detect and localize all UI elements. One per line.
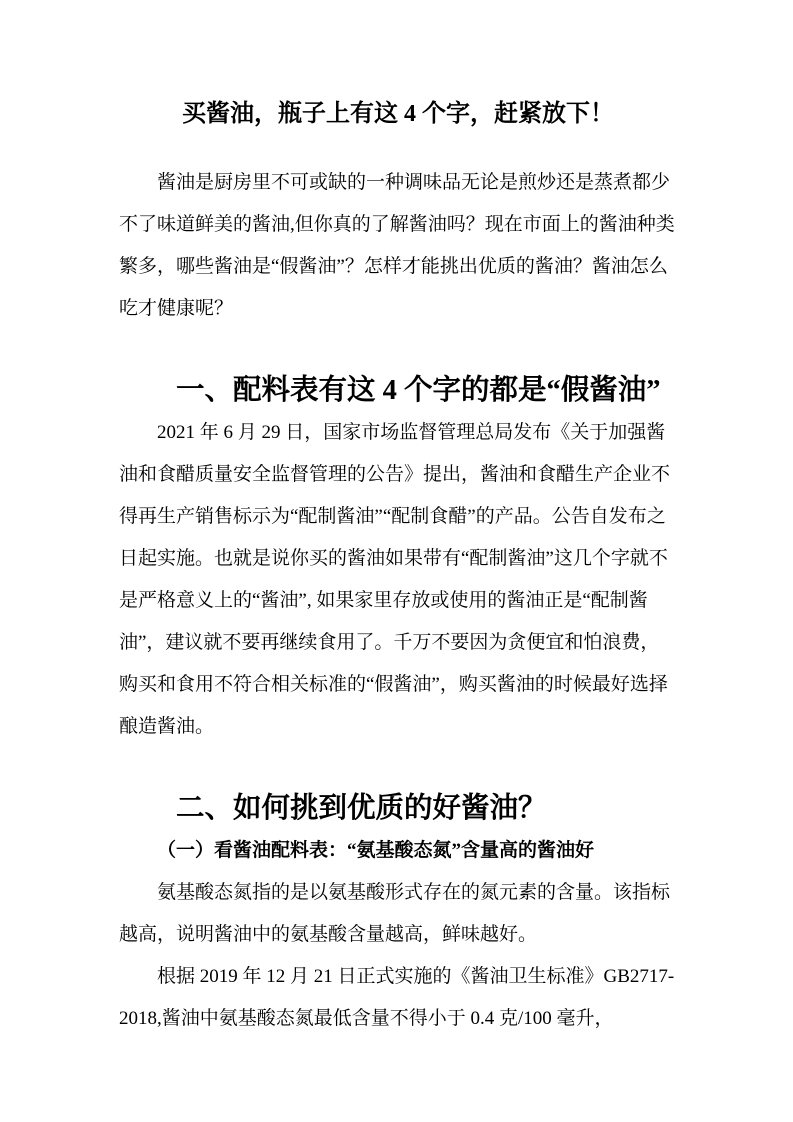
intro-paragraph: 酱油是厨房里不可或缺的一种调味品无论是煎炒还是蒸煮都少不了味道鲜美的酱油,但你真… bbox=[119, 162, 677, 330]
section-2-paragraph-2: 根据 2019 年 12 月 21 日正式实施的《酱油卫生标准》GB2717-2… bbox=[119, 956, 677, 1040]
article-title: 买酱油，瓶子上有这 4 个字，赶紧放下！ bbox=[119, 96, 677, 132]
section-1-heading: 一、配料表有这 4 个字的都是“假酱油” bbox=[119, 370, 677, 412]
section-2-subheading: （一）看酱油配料表：“氨基酸态氮”含量高的酱油好 bbox=[119, 830, 677, 872]
section-2-paragraph-1: 氨基酸态氮指的是以氨基酸形式存在的氮元素的含量。该指标越高，说明酱油中的氨基酸含… bbox=[119, 872, 677, 956]
document-page: 买酱油，瓶子上有这 4 个字，赶紧放下！ 酱油是厨房里不可或缺的一种调味品无论是… bbox=[0, 0, 793, 1122]
section-2-heading: 二、如何挑到优质的好酱油？ bbox=[119, 788, 677, 830]
document-content: 买酱油，瓶子上有这 4 个字，赶紧放下！ 酱油是厨房里不可或缺的一种调味品无论是… bbox=[119, 96, 677, 1040]
section-1-paragraph: 2021 年 6 月 29 日，国家市场监督管理总局发布《关于加强酱油和食醋质量… bbox=[119, 412, 677, 748]
